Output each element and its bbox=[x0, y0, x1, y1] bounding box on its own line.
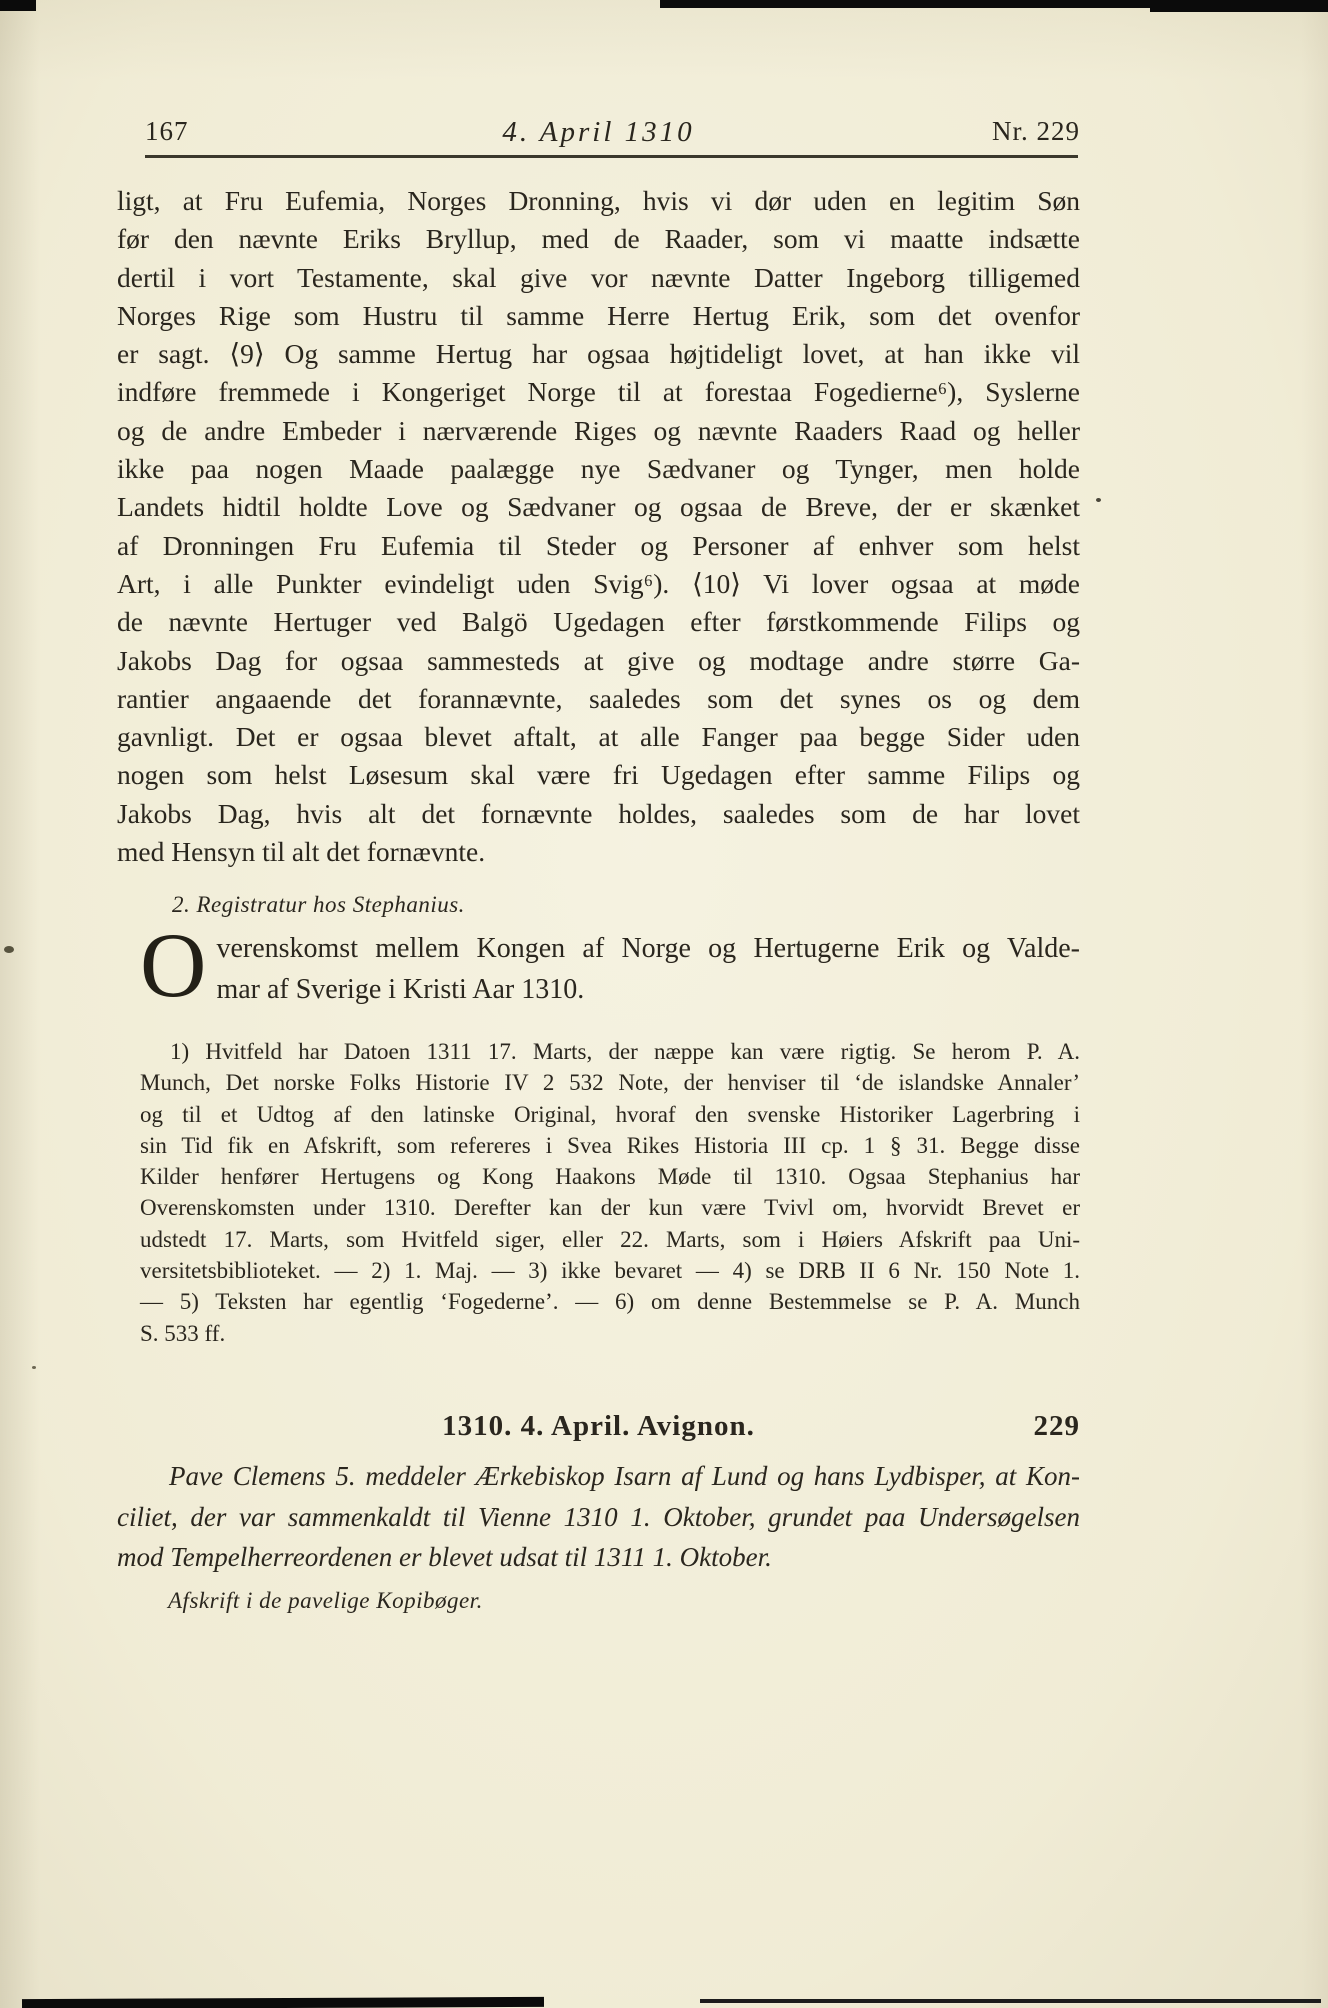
text-line: Munch, Det norske Folks Historie IV 2 53… bbox=[140, 1067, 1080, 1098]
text-line: versitetsbiblioteket. — 2) 1. Maj. — 3) … bbox=[140, 1255, 1080, 1286]
text-line: og de andre Embeder i nærværende Riges o… bbox=[117, 412, 1080, 450]
scanned-book-page: { "header": { "page_number": "167", "dat… bbox=[0, 0, 1328, 2008]
text-line: de nævnte Hertuger ved Balgö Ugedagen ef… bbox=[117, 603, 1080, 641]
text-line: Overenskomsten under 1310. Derefter kan … bbox=[140, 1192, 1080, 1223]
text-line: ligt, at Fru Eufemia, Norges Dronning, h… bbox=[117, 182, 1080, 220]
dropcap-letter: O bbox=[140, 926, 206, 1006]
text-line: før den nævnte Eriks Bryllup, med de Raa… bbox=[117, 220, 1080, 258]
header-entry-number: Nr. 229 bbox=[992, 116, 1080, 147]
text-line: S. 533 ff. bbox=[140, 1318, 1080, 1349]
text-line: Kilder henfører Hertugens og Kong Haakon… bbox=[140, 1161, 1080, 1192]
text-line: ikke paa nogen Maade paalægge nye Sædvan… bbox=[117, 450, 1080, 488]
header-date: 4. April 1310 bbox=[117, 116, 1080, 149]
source-note: Afskrift i de pavelige Kopibøger. bbox=[168, 1588, 483, 1614]
text-line: Pave Clemens 5. meddeler Ærkebiskop Isar… bbox=[117, 1456, 1080, 1497]
registratur-lines: verenskomst mellem Kongen af Norge og He… bbox=[140, 928, 1080, 1010]
entry-heading: 1310. 4. April. Avignon. 229 bbox=[117, 1410, 1080, 1450]
text-line: Art, i alle Punkter evindeligt uden Svig… bbox=[117, 565, 1080, 603]
footnotes-block: 1) Hvitfeld har Datoen 1311 17. Marts, d… bbox=[140, 1036, 1080, 1349]
text-line: mod Tempelherreordenen er blevet udsat t… bbox=[117, 1537, 1080, 1578]
text-line: mar af Sverige i Kristi Aar 1310. bbox=[140, 969, 1080, 1010]
text-line: Jakobs Dag for ogsaa sammesteds at give … bbox=[117, 642, 1080, 680]
text-line: — 5) Teksten har egentlig ‘Fogederne’. —… bbox=[140, 1286, 1080, 1317]
text-line: er sagt. ⟨9⟩ Og samme Hertug har ogsaa h… bbox=[117, 335, 1080, 373]
registratur-label: 2. Registratur hos Stephanius. bbox=[172, 892, 465, 918]
text-line: gavnligt. Det er ogsaa blevet aftalt, at… bbox=[117, 718, 1080, 756]
text-line: ciliet, der var sammenkaldt til Vienne 1… bbox=[117, 1497, 1080, 1538]
text-line: dertil i vort Testamente, skal give vor … bbox=[117, 259, 1080, 297]
scan-bar-top-left bbox=[0, 0, 36, 11]
charter-body-text: ligt, at Fru Eufemia, Norges Dronning, h… bbox=[117, 182, 1080, 871]
text-line: med Hensyn til alt det fornævnte. bbox=[117, 833, 1080, 871]
text-line: verenskomst mellem Kongen af Norge og He… bbox=[140, 928, 1080, 969]
entry-heading-title: 1310. 4. April. Avignon. bbox=[117, 1410, 1080, 1443]
ink-speck bbox=[32, 1366, 36, 1369]
scan-bar-bottom-left bbox=[22, 1997, 544, 2008]
text-line: rantier angaaende det forannævnte, saale… bbox=[117, 680, 1080, 718]
text-line: Jakobs Dag, hvis alt det fornævnte holde… bbox=[117, 795, 1080, 833]
scan-bar-bottom-right bbox=[700, 1999, 1321, 2003]
text-line: sin Tid fik en Afskrift, som refereres i… bbox=[140, 1130, 1080, 1161]
text-line: 1) Hvitfeld har Datoen 1311 17. Marts, d… bbox=[140, 1036, 1080, 1067]
header-rule bbox=[145, 155, 1078, 158]
scan-bar-top-right-thick bbox=[1150, 0, 1328, 12]
text-line: og til et Udtog af den latinske Original… bbox=[140, 1099, 1080, 1130]
entry-summary: Pave Clemens 5. meddeler Ærkebiskop Isar… bbox=[117, 1456, 1080, 1578]
running-header: 167 4. April 1310 Nr. 229 bbox=[117, 116, 1080, 158]
text-line: af Dronningen Fru Eufemia til Steder og … bbox=[117, 527, 1080, 565]
text-line: Norges Rige som Hustru til samme Herre H… bbox=[117, 297, 1080, 335]
text-line: nogen som helst Løsesum skal være fri Ug… bbox=[117, 756, 1080, 794]
text-line: indføre fremmede i Kongeriget Norge til … bbox=[117, 373, 1080, 411]
entry-heading-number: 229 bbox=[1034, 1410, 1081, 1443]
ink-speck bbox=[4, 946, 14, 953]
text-line: Landets hidtil holdte Love og Sædvaner o… bbox=[117, 488, 1080, 526]
ink-speck bbox=[1096, 498, 1101, 502]
text-line: udstedt 17. Marts, som Hvitfeld siger, e… bbox=[140, 1224, 1080, 1255]
registratur-paragraph: O verenskomst mellem Kongen af Norge og … bbox=[140, 928, 1080, 1010]
